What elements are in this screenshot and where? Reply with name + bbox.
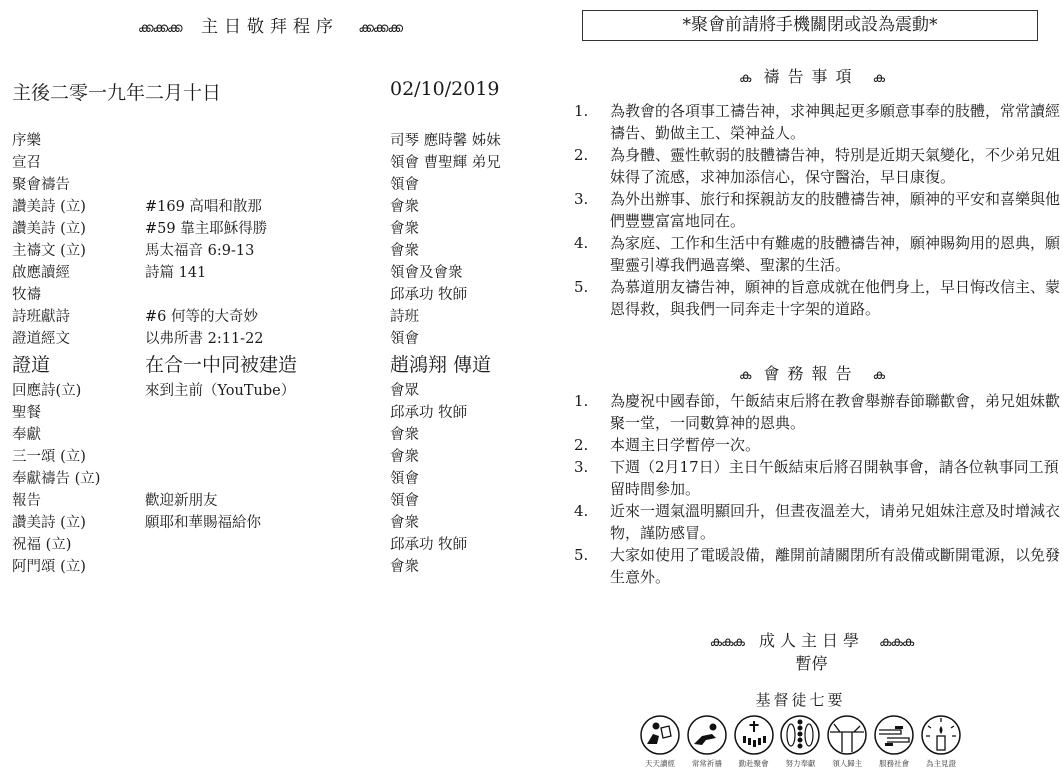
program-item: 序樂 <box>12 130 41 152</box>
program-item: 讚美詩 (立) <box>12 196 86 218</box>
program-person: 會眾 <box>390 380 419 402</box>
program-row: 序樂司琴 應時馨 姊妹 <box>12 130 532 152</box>
announcements-page: *聚會前請將手機關閉或設為震動* ക 禱告事項 ക 1.為教會的各項事工禱告神，… <box>560 0 1063 768</box>
program-row: 證道經文以弗所書 2:11-22領會 <box>12 328 532 350</box>
program-item: 宣召 <box>12 152 41 174</box>
essential-item: 天天讀經 <box>638 714 682 768</box>
praying-icon <box>686 714 728 756</box>
date-numeric: 02/10/2019 <box>390 78 500 100</box>
program-row: 奉獻禱告 (立)領會 <box>12 468 532 490</box>
program-content: #169 高唱和散那 <box>145 196 262 218</box>
program-person: 領會 <box>390 328 419 350</box>
date-chinese: 主後二零一九年二月十日 <box>12 82 221 104</box>
essential-item: 常常祈禱 <box>685 714 729 768</box>
candle-light-icon <box>920 714 962 756</box>
sermon-title: 在合一中同被建造 <box>145 350 297 380</box>
program-list: 序樂司琴 應時馨 姊妹 宣召領會 曹聖輝 弟兄 聚會禱告領會 讚美詩 (立)#1… <box>12 130 532 578</box>
program-person: 領會 <box>390 468 419 490</box>
program-person: 司琴 應時馨 姊妹 <box>390 130 501 152</box>
worship-order-page: ക്കക്കക്ക 主日敬拜程序 ക്കക്കക്ക 主後二零一九年二月十日 0… <box>0 0 540 768</box>
adult-school-title: 成人主日學 <box>759 631 864 650</box>
prayer-item: 1.為教會的各項事工禱告神，求神興起更多願意事奉的肢體，常常讀經禱告、勤做主工、… <box>574 100 1060 144</box>
program-person: 領會 曹聖輝 弟兄 <box>390 152 501 174</box>
program-person: 會衆 <box>390 424 419 446</box>
service-date: 主後二零一九年二月十日 02/10/2019 <box>12 78 512 105</box>
reading-bible-icon <box>639 714 681 756</box>
program-person: 邱承功 牧師 <box>390 534 467 556</box>
program-item: 祝福 (立) <box>12 534 71 556</box>
program-row: 主禱文 (立)馬太福音 6:9-13會衆 <box>12 240 532 262</box>
program-person: 會衆 <box>390 512 419 534</box>
program-row: 聖餐邱承功 牧師 <box>12 402 532 424</box>
program-row: 聚會禱告領會 <box>12 174 532 196</box>
essential-item: 勤赴聚會 <box>732 714 776 768</box>
congregation-cross-icon <box>733 714 775 756</box>
program-item: 聚會禱告 <box>12 174 70 196</box>
page-title: 主日敬拜程序 <box>201 17 339 37</box>
program-row: 讚美詩 (立)#169 高唱和散那會衆 <box>12 196 532 218</box>
program-item: 讚美詩 (立) <box>12 512 86 534</box>
program-content: 馬太福音 6:9-13 <box>145 240 254 262</box>
program-item: 牧禱 <box>12 284 41 306</box>
essential-item: 服務社會 <box>872 714 916 768</box>
program-item: 主禱文 (立) <box>12 240 86 262</box>
prayer-item: 2.為身體、靈性軟弱的肢體禱告神，特別是近期天氣變化，不少弟兄姐妹得了流感，求神… <box>574 144 1060 188</box>
program-person: 會衆 <box>390 196 419 218</box>
prayer-item: 3.為外出辦事、旅行和探親訪友的肢體禱告神，願神的平安和喜樂與他們豐豐富富地同在… <box>574 188 1060 232</box>
program-content: 以弗所書 2:11-22 <box>145 328 264 350</box>
announcement-item: 2.本週主日学暫停一次。 <box>574 434 1060 456</box>
scroll-ornament-icon: ക്കക്കക്ക <box>138 21 182 36</box>
program-item: 詩班獻詩 <box>12 306 70 328</box>
scroll-ornament-icon: ക <box>873 368 884 383</box>
serving-hands-icon <box>873 714 915 756</box>
prayer-section-title: 禱告事項 <box>763 67 859 86</box>
sermon-row: 證道在合一中同被建造趙鴻翔 傳道 <box>12 350 532 380</box>
essential-item: 為主見證 <box>919 714 963 768</box>
phone-notice-box: *聚會前請將手機關閉或設為震動* <box>582 10 1038 41</box>
program-row: 奉獻會衆 <box>12 424 532 446</box>
program-person: 領會及會衆 <box>390 262 463 284</box>
announcements-section-header: ക 會務報告 ക <box>560 361 1063 384</box>
announcement-item: 1.為慶祝中國春節，午飯結束后將在教會舉辦春節聯歡會，弟兄姐妹歡聚一堂，一同數算… <box>574 390 1060 434</box>
scroll-ornament-icon: കകക <box>710 635 744 650</box>
prayer-list: 1.為教會的各項事工禱告神，求神興起更多願意事奉的肢體，常常讀經禱告、勤做主工、… <box>574 100 1060 320</box>
program-row: 回應詩(立)來到主前（YouTube）會眾 <box>12 380 532 402</box>
seven-essentials-title: 基督徒七要 <box>638 689 963 710</box>
program-item: 啟應讀經 <box>12 262 70 284</box>
program-person: 會衆 <box>390 218 419 240</box>
program-person: 邱承功 牧師 <box>390 284 467 306</box>
announcement-item: 5.大家如使用了電暖設備，離開前請關閉所有設備或斷開電源，以免發生意外。 <box>574 544 1060 588</box>
program-item: 三一頌 (立) <box>12 446 86 468</box>
cross-figure-icon <box>826 714 868 756</box>
program-row: 啟應讀經詩篇 141領會及會衆 <box>12 262 532 284</box>
program-item: 證道經文 <box>12 328 70 350</box>
program-person: 會衆 <box>390 240 419 262</box>
announcements-list: 1.為慶祝中國春節，午飯結束后將在教會舉辦春節聯歡會，弟兄姐妹歡聚一堂，一同數算… <box>574 390 1060 588</box>
program-person: 會衆 <box>390 446 419 468</box>
program-row: 阿門頌 (立)會衆 <box>12 556 532 578</box>
announcements-section-title: 會務報告 <box>763 364 859 383</box>
program-content: #59 靠主耶穌得勝 <box>145 218 267 240</box>
prayer-item: 5.為慕道朋友禱告神，願神的旨意成就在他們身上，早日悔改信主、蒙恩得救，與我們一… <box>574 276 1060 320</box>
program-row: 祝福 (立)邱承功 牧師 <box>12 534 532 556</box>
program-item: 讚美詩 (立) <box>12 218 86 240</box>
program-row: 讚美詩 (立)願耶和華賜福給你會衆 <box>12 512 532 534</box>
worship-order-header: ക്കക്കക്ക 主日敬拜程序 ക്കക്കക്ക <box>0 12 540 37</box>
program-row: 牧禱邱承功 牧師 <box>12 284 532 306</box>
adult-school-header: കകക 成人主日學 കകക <box>560 628 1063 651</box>
program-person: 詩班 <box>390 306 419 328</box>
program-row: 宣召領會 曹聖輝 弟兄 <box>12 152 532 174</box>
program-item: 證道 <box>12 350 50 380</box>
program-content: 來到主前（YouTube） <box>145 380 295 402</box>
program-row: 三一頌 (立)會衆 <box>12 446 532 468</box>
adult-school-status: 暫停 <box>560 651 1063 674</box>
scroll-ornament-icon: ക <box>739 71 750 86</box>
prayer-item: 4.為家庭、工作和生活中有難處的肢體禱告神，願神賜夠用的恩典，願聖靈引導我們過喜… <box>574 232 1060 276</box>
program-item: 聖餐 <box>12 402 41 424</box>
announcement-item: 3.下週（2月17日）主日午飯結束后將召開執事會，請各位執事同工預留時間參加。 <box>574 456 1060 500</box>
program-person: 領會 <box>390 174 419 196</box>
fish-loaves-icon <box>779 714 821 756</box>
program-content: 詩篇 141 <box>145 262 206 284</box>
program-item: 奉獻禱告 (立) <box>12 468 100 490</box>
program-content: 歡迎新朋友 <box>145 490 218 512</box>
program-item: 報告 <box>12 490 41 512</box>
program-person: 領會 <box>390 490 419 512</box>
scroll-ornament-icon: കകക <box>879 635 913 650</box>
program-row: 詩班獻詩#6 何等的大奇妙詩班 <box>12 306 532 328</box>
program-row: 讚美詩 (立)#59 靠主耶穌得勝會衆 <box>12 218 532 240</box>
program-content: 願耶和華賜福給你 <box>145 512 261 534</box>
announcement-item: 4.近來一週氣溫明顯回升，但晝夜溫差大，请弟兄姐妹注意及时增減衣物，謹防感冒。 <box>574 500 1060 544</box>
essential-item: 領人歸主 <box>825 714 869 768</box>
prayer-section-header: ക 禱告事項 ക <box>560 64 1063 87</box>
scroll-ornament-icon: ക <box>739 368 750 383</box>
seven-essentials: 基督徒七要 天天讀經 常常祈禱 勤赴聚會 努力奉獻 領人歸主 <box>638 689 963 768</box>
program-item: 回應詩(立) <box>12 380 81 402</box>
scroll-ornament-icon: ക്കക്കക്ക <box>358 21 402 36</box>
program-person: 會衆 <box>390 556 419 578</box>
essential-item: 努力奉獻 <box>778 714 822 768</box>
program-row: 報告歡迎新朋友領會 <box>12 490 532 512</box>
program-person: 邱承功 牧師 <box>390 402 467 424</box>
scroll-ornament-icon: ക <box>873 71 884 86</box>
preacher: 趙鴻翔 傳道 <box>390 350 491 380</box>
program-item: 阿門頌 (立) <box>12 556 86 578</box>
program-item: 奉獻 <box>12 424 41 446</box>
program-content: #6 何等的大奇妙 <box>145 306 258 328</box>
